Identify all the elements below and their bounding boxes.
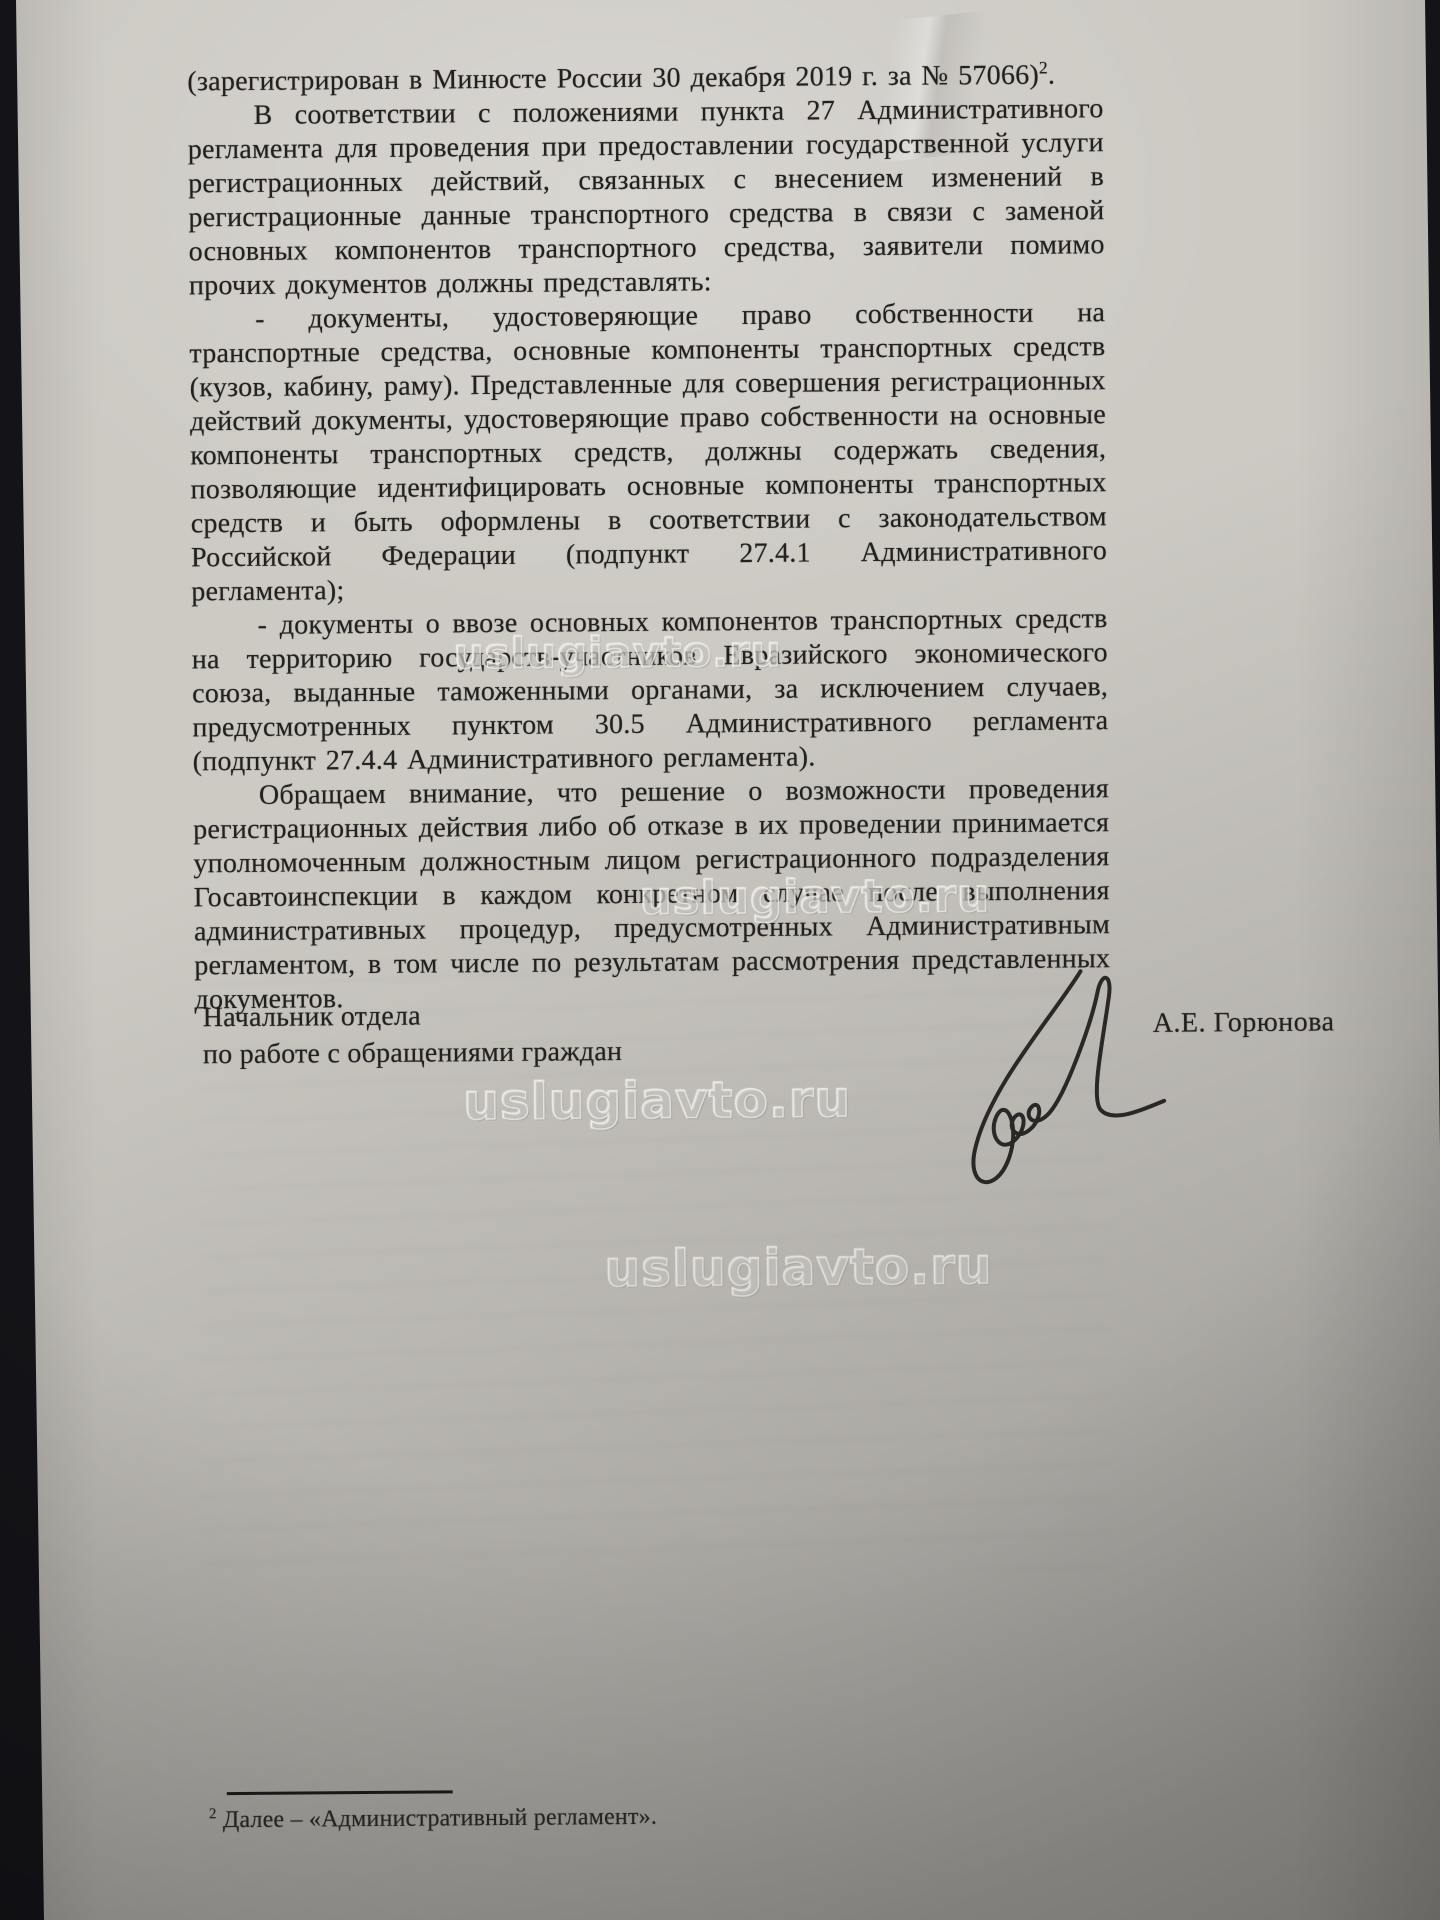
watermark-text: uslugiavto.ru: [454, 627, 782, 679]
paragraph-text: (зарегистрирован в Минюсте России 30 дек…: [187, 60, 1039, 98]
officer-title-line2: по работе с обращениями граждан: [203, 1032, 763, 1073]
footnote-ref: 2: [1039, 58, 1048, 77]
paper-sheet: (зарегистрирован в Минюсте России 30 дек…: [0, 0, 1440, 1920]
paragraph: - документы, удостоверяющие право собств…: [189, 296, 1107, 609]
officer-title: Начальник отдела по работе с обращениями…: [203, 995, 764, 1073]
footnote-body: Далее – «Административный регламент».: [217, 1804, 658, 1833]
watermark-text: uslugiavto.ru: [463, 1070, 851, 1131]
footnote-marker: 2: [209, 1806, 217, 1822]
watermark-text: uslugiavto.ru: [604, 1237, 992, 1298]
footnote-divider: [227, 1790, 453, 1794]
signer-name: А.Е. Горюнова: [1153, 1006, 1335, 1039]
signature-scrawl: [928, 960, 1173, 1205]
sheet-content: (зарегистрирован в Минюсте России 30 дек…: [0, 0, 1440, 1920]
paragraph: В соответствии с положениями пункта 27 А…: [187, 92, 1105, 303]
footnote: 2 Далее – «Административный регламент».: [209, 1804, 657, 1835]
paragraph-text: .: [1048, 60, 1055, 91]
officer-title-line1: Начальник отдела: [203, 995, 763, 1036]
watermark-text: uslugiavto.ru: [640, 869, 991, 925]
photo-of-document: (зарегистрирован в Минюсте России 30 дек…: [0, 0, 1440, 1920]
